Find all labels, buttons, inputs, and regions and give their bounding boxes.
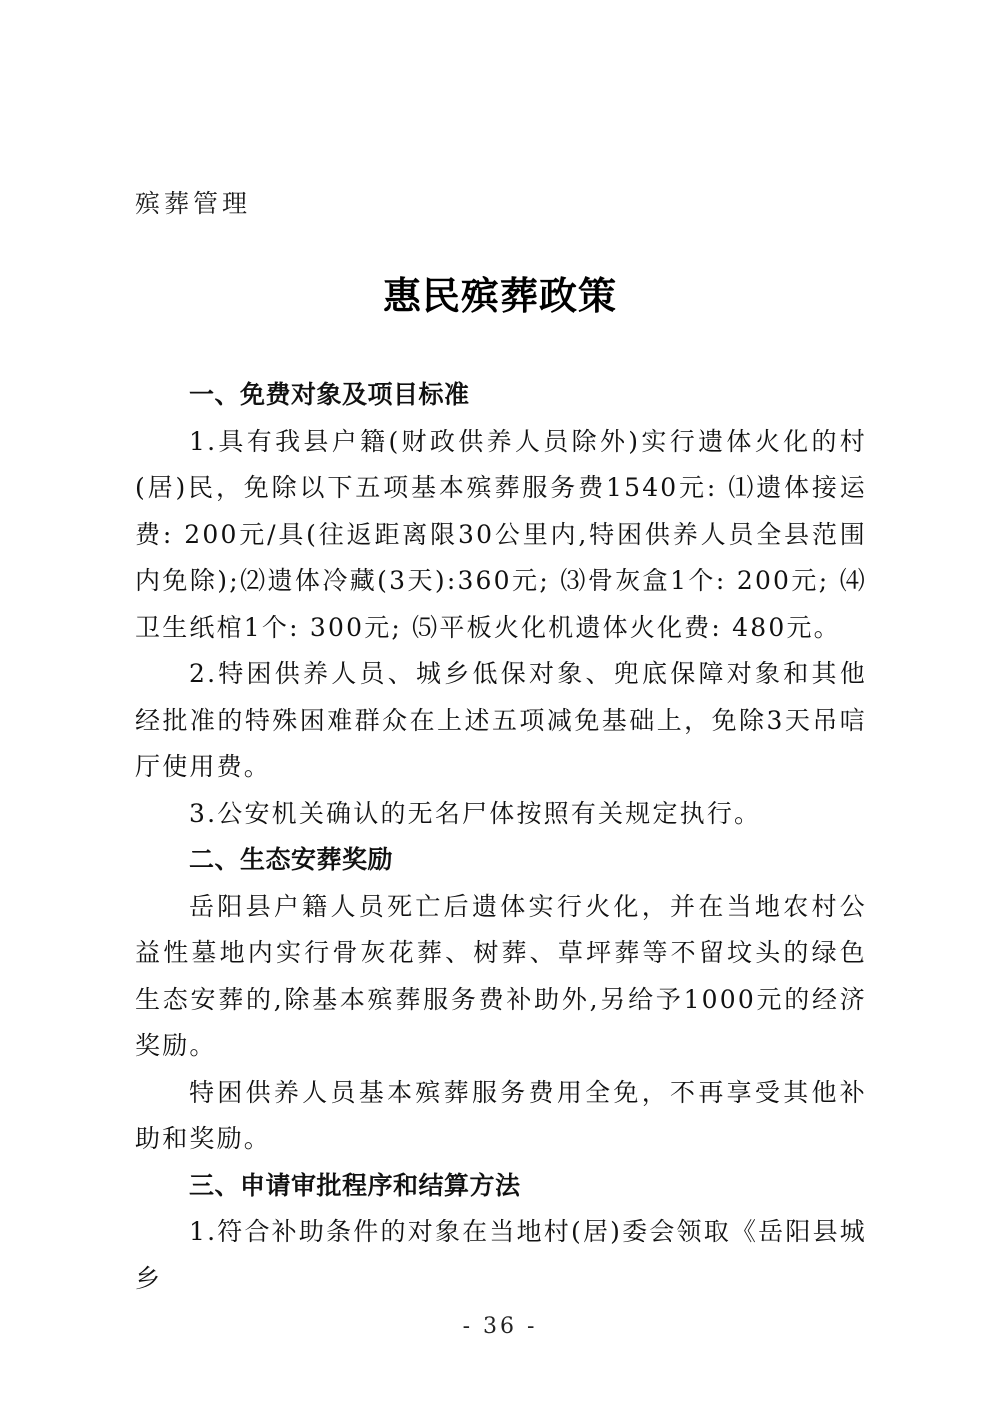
paragraph: 3.公安机关确认的无名尸体按照有关规定执行。: [135, 791, 867, 838]
section-application-procedure: 三、申请审批程序和结算方法 1.符合补助条件的对象在当地村(居)委会领取《岳阳县…: [135, 1163, 867, 1303]
document-page: 殡葬管理 惠民殡葬政策 一、免费对象及项目标准 1.具有我县户籍(财政供养人员除…: [0, 0, 1000, 1414]
paragraph: 1.符合补助条件的对象在当地村(居)委会领取《岳阳县城乡: [135, 1209, 867, 1302]
paragraph: 岳阳县户籍人员死亡后遗体实行火化，并在当地农村公益性墓地内实行骨灰花葬、树葬、草…: [135, 884, 867, 1070]
section-heading: 二、生态安葬奖励: [135, 837, 867, 884]
paragraph: 特困供养人员基本殡葬服务费用全免，不再享受其他补助和奖励。: [135, 1070, 867, 1163]
document-title: 惠民殡葬政策: [0, 272, 1000, 320]
section-heading: 三、申请审批程序和结算方法: [135, 1163, 867, 1210]
document-body: 一、免费对象及项目标准 1.具有我县户籍(财政供养人员除外)实行遗体火化的村(居…: [135, 372, 867, 1302]
section-heading: 一、免费对象及项目标准: [135, 372, 867, 419]
running-head: 殡葬管理: [135, 188, 251, 220]
page-number: - 36 -: [0, 1312, 1000, 1342]
section-eco-burial-reward: 二、生态安葬奖励 岳阳县户籍人员死亡后遗体实行火化，并在当地农村公益性墓地内实行…: [135, 837, 867, 1163]
section-free-items: 一、免费对象及项目标准 1.具有我县户籍(财政供养人员除外)实行遗体火化的村(居…: [135, 372, 867, 837]
paragraph: 1.具有我县户籍(财政供养人员除外)实行遗体火化的村(居)民，免除以下五项基本殡…: [135, 419, 867, 652]
paragraph: 2.特困供养人员、城乡低保对象、兜底保障对象和其他经批准的特殊困难群众在上述五项…: [135, 651, 867, 791]
